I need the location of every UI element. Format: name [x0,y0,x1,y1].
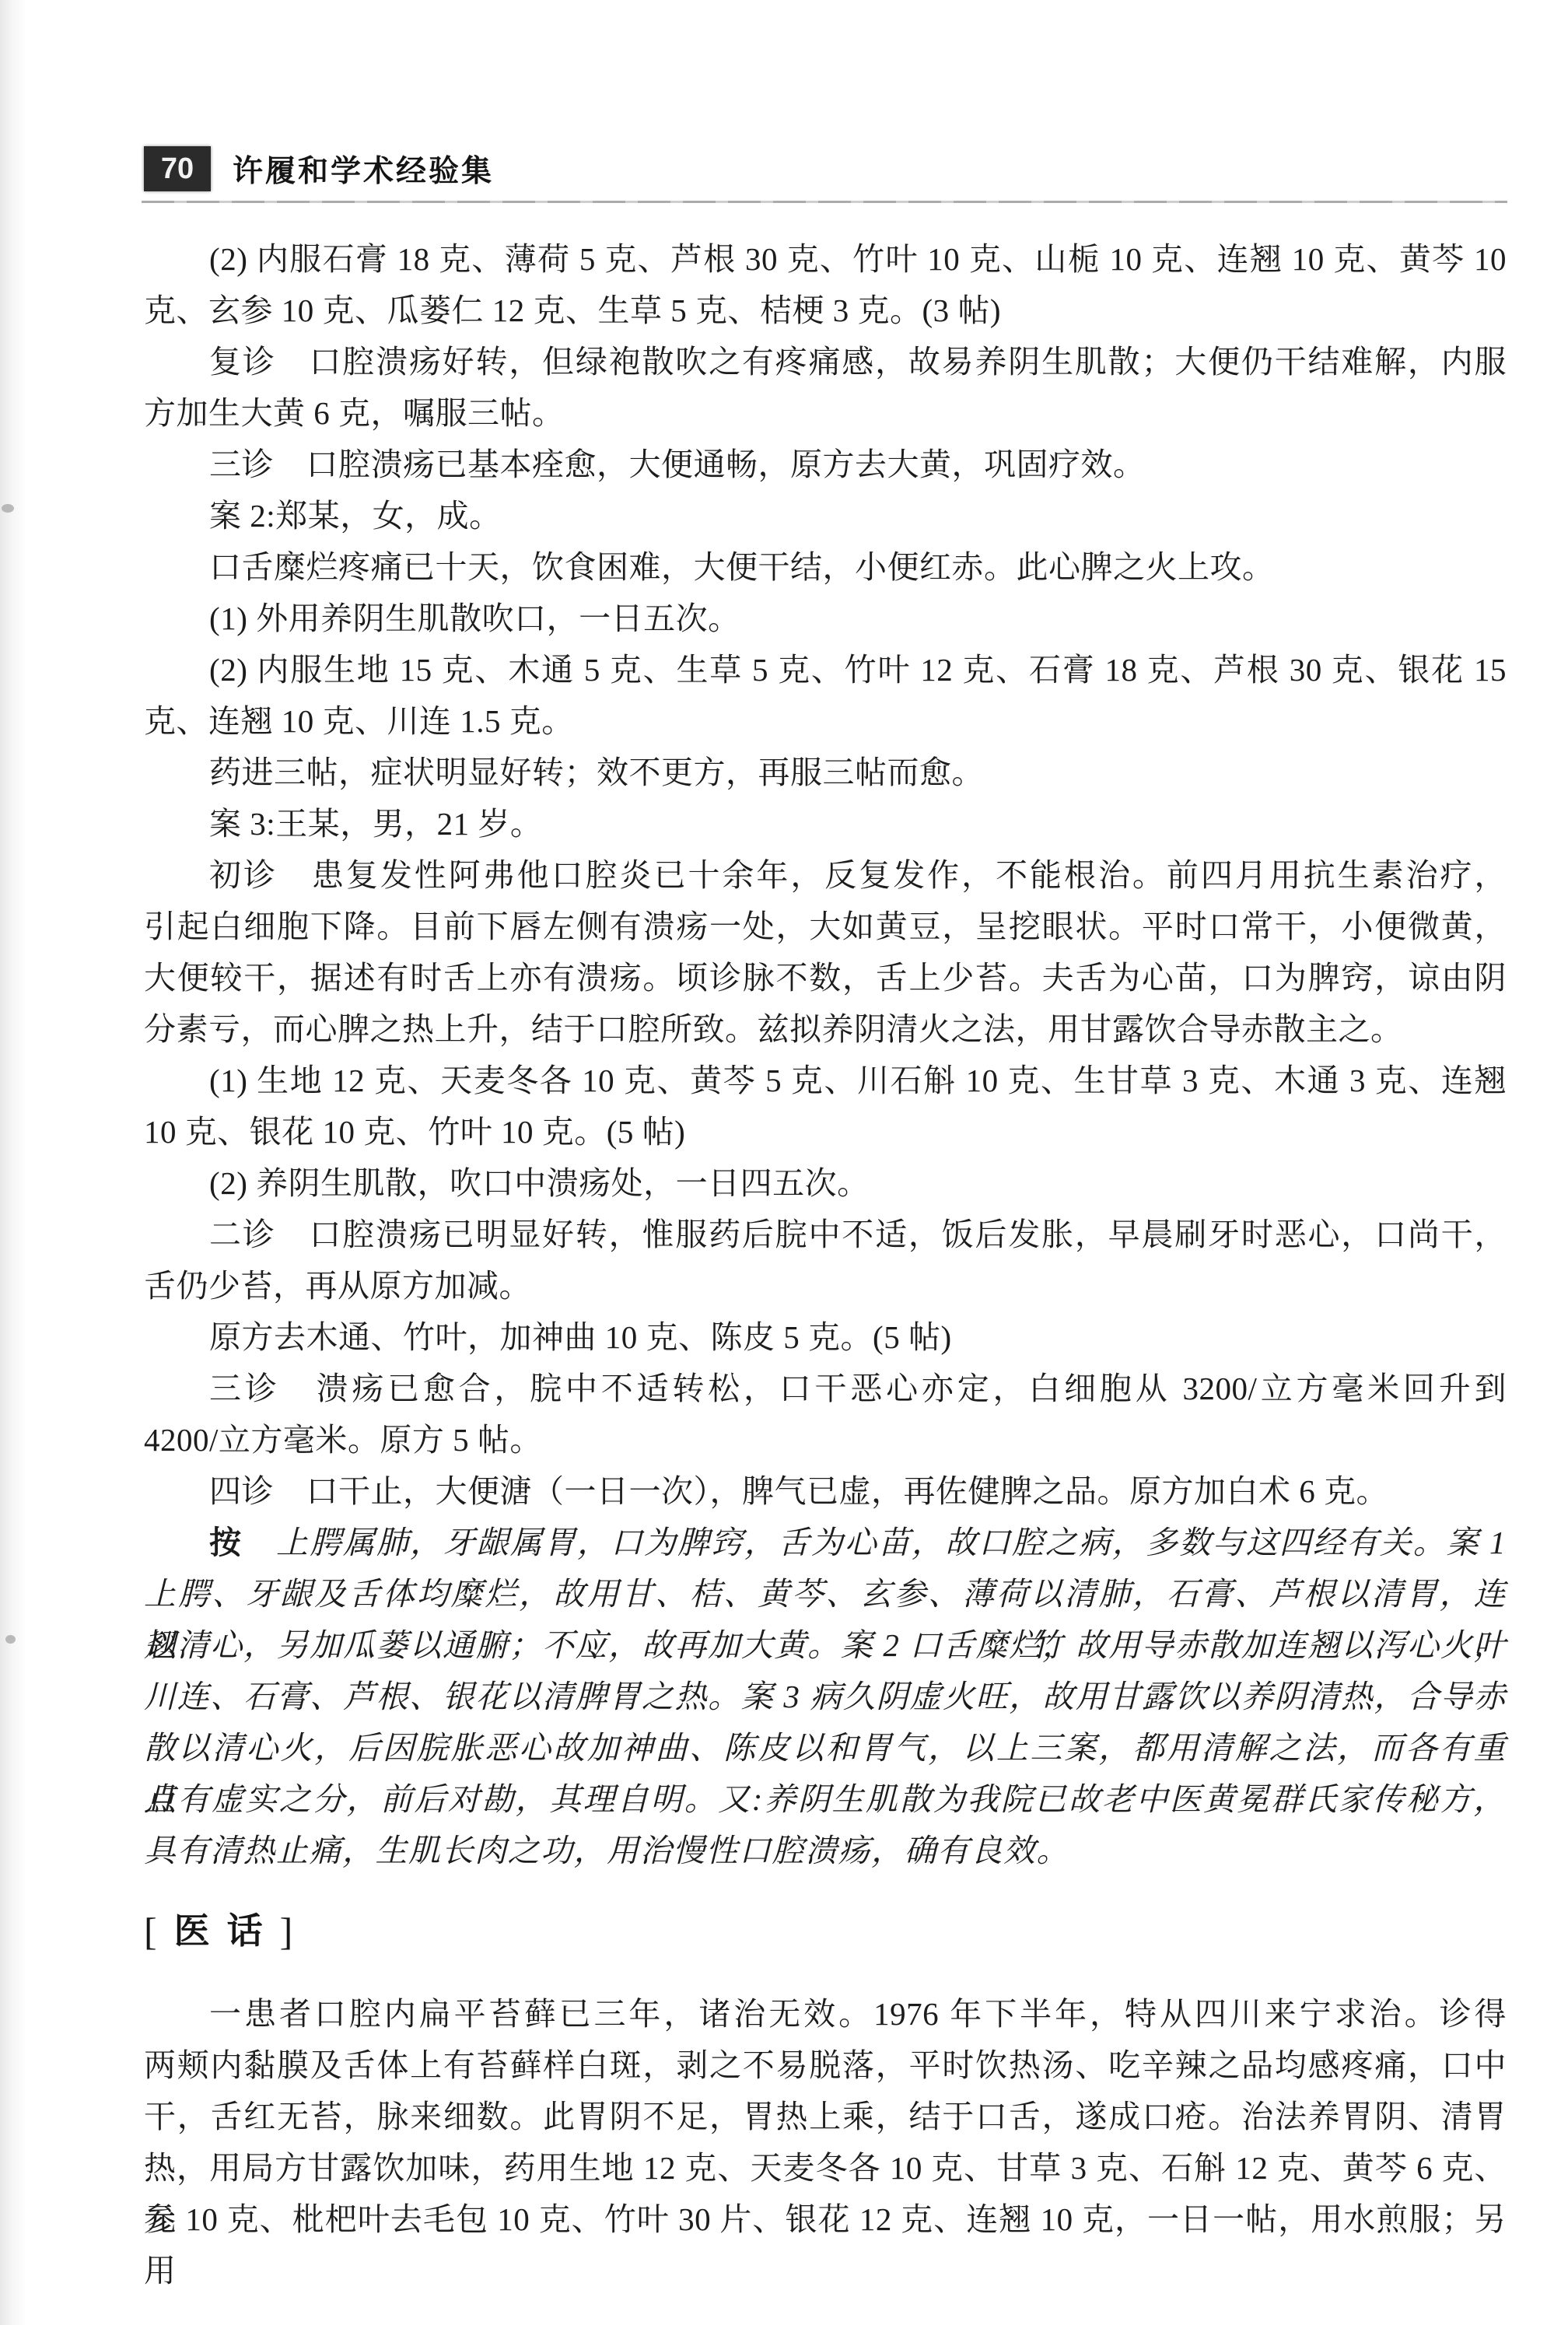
text-line: 三诊 口腔溃疡已基本痊愈，大便通畅，原方去大黄，巩固疗效。 [144,439,1507,490]
text-line: 川连、石膏、芦根、银花以清脾胃之热。案 3 病久阴虚火旺，故用甘露饮以养阴清热，… [144,1671,1507,1722]
text-line: (2) 内服石膏 18 克、薄荷 5 克、芦根 30 克、竹叶 10 克、山栀 … [144,233,1507,285]
text-line: 三诊 溃疡已愈合，脘中不适转松，口干恶心亦定，白细胞从 3200/立方毫米回升到 [144,1363,1507,1414]
text-line: 舌仍少苔，再从原方加减。 [144,1260,1507,1311]
text-line: 热，用局方甘露饮加味，药用生地 12 克、天麦冬各 10 克、甘草 3 克、石斛… [144,2142,1507,2194]
text-line: 上腭、牙龈及舌体均糜烂，故用甘、桔、黄芩、玄参、薄荷以清肺，石膏、芦根以清胃，连… [144,1568,1507,1619]
text-line: 二诊 口腔溃疡已明显好转，惟服药后脘中不适，饭后发胀，早晨刷牙时恶心，口尚干， [144,1209,1507,1260]
paragraph-lead: 按 [209,1525,243,1560]
text-line: 参 10 克、枇杷叶去毛包 10 克、竹叶 30 片、银花 12 克、连翘 10… [144,2194,1507,2245]
text-line: 案 2:郑某，女，成。 [144,490,1507,541]
text-line: (2) 内服生地 15 克、木通 5 克、生草 5 克、竹叶 12 克、石膏 1… [144,644,1507,695]
text-line: 案 3:王某，男，21 岁。 [144,798,1507,849]
heading-close-bracket: ] [280,1910,296,1953]
text-line: 四诊 口干止，大便溏（一日一次），脾气已虚，再佐健脾之品。原方加白术 6 克。 [144,1465,1507,1517]
text-line: 具有清热止痛，生肌长肉之功，用治慢性口腔溃疡，确有良效。 [144,1825,1507,1876]
text-line: (1) 外用养阴生肌散吹口，一日五次。 [144,593,1507,644]
text-line: 大便较干，据述有时舌上亦有溃疡。顷诊脉不数，舌上少苔。夫舌为心苗，口为脾窍，谅由… [144,952,1507,1003]
book-title: 许履和学术经验集 [233,147,494,191]
text-line: 引起白细胞下降。目前下唇左侧有溃疡一处，大如黄豆，呈挖眼状。平时口常干，小便微黄… [144,901,1507,952]
text-line: 分素亏，而心脾之热上升，结于口腔所致。兹拟养阴清火之法，用甘露饮合导赤散主之。 [144,1003,1507,1055]
text-line: 以清心，另加瓜蒌以通腑；不应，故再加大黄。案 2 口舌糜烂，故用导赤散加连翘以泻… [144,1619,1507,1671]
scan-speck [5,1635,16,1644]
header-divider [142,201,1507,203]
text-line: 按 上腭属肺，牙龈属胃，口为脾窍，舌为心苗，故口腔之病，多数与这四经有关。案 1 [144,1517,1507,1568]
text-line: 药进三帖，症状明显好转；效不更方，再服三帖而愈。 [144,747,1507,798]
text-line: (1) 生地 12 克、天麦冬各 10 克、黄芩 5 克、川石斛 10 克、生甘… [144,1055,1507,1106]
text-line: 初诊 患复发性阿弗他口腔炎已十余年，反复发作，不能根治。前四月用抗生素治疗， [144,849,1507,901]
text-line: 且有虚实之分，前后对勘，其理自明。又:养阴生肌散为我院已故老中医黄冕群氏家传秘方… [144,1774,1507,1825]
page-body: (2) 内服石膏 18 克、薄荷 5 克、芦根 30 克、竹叶 10 克、山栀 … [144,233,1507,2245]
text-line: 复诊 口腔溃疡好转，但绿袍散吹之有疼痛感，故易养阴生肌散；大便仍干结难解，内服 [144,336,1507,387]
book-page: 70 许履和学术经验集 (2) 内服石膏 18 克、薄荷 5 克、芦根 30 克… [0,0,1568,2325]
text-line: 干，舌红无苔，脉来细数。此胃阴不足，胃热上乘，结于口舌，遂成口疮。治法养胃阴、清… [144,2091,1507,2142]
text-line: 10 克、银花 10 克、竹叶 10 克。(5 帖) [144,1106,1507,1157]
section-heading-yihua: [医话] [144,1904,1507,1959]
text-line: 口舌糜烂疼痛已十天，饮食困难，大便干结，小便红赤。此心脾之火上攻。 [144,541,1507,593]
text-line: 散以清心火，后因脘胀恶心故加神曲、陈皮以和胃气，以上三案，都用清解之法，而各有重… [144,1722,1507,1774]
page-number-badge: 70 [144,146,211,191]
text-line: 克、连翘 10 克、川连 1.5 克。 [144,695,1507,747]
text-line: 克、玄参 10 克、瓜蒌仁 12 克、生草 5 克、桔梗 3 克。(3 帖) [144,285,1507,336]
text-line: 4200/立方毫米。原方 5 帖。 [144,1414,1507,1465]
heading-label: 医话 [174,1911,280,1951]
heading-open-bracket: [ [144,1910,160,1953]
page-header: 70 许履和学术经验集 [144,146,494,191]
text-line: 一患者口腔内扁平苔藓已三年，诸治无效。1976 年下半年，特从四川来宁求治。诊得 [144,1988,1507,2040]
scan-speck [2,504,14,513]
text-line: 原方去木通、竹叶，加神曲 10 克、陈皮 5 克。(5 帖) [144,1311,1507,1363]
text-line: 两颊内黏膜及舌体上有苔藓样白斑，剥之不易脱落，平时饮热汤、吃辛辣之品均感疼痛，口… [144,2040,1507,2091]
text-line: (2) 养阴生肌散，吹口中溃疡处，一日四五次。 [144,1157,1507,1209]
text-line: 方加生大黄 6 克，嘱服三帖。 [144,387,1507,439]
